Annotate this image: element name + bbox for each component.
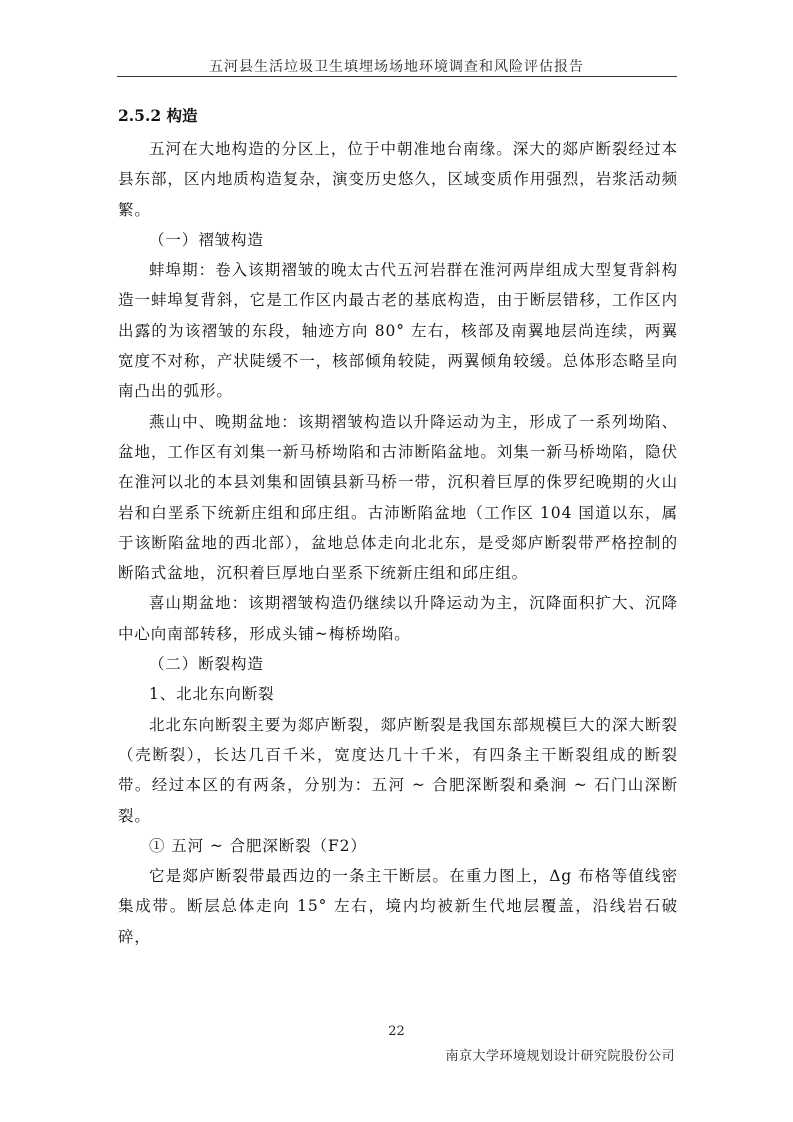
paragraph-intro: 五河在大地构造的分区上，位于中朝准地台南缘。深大的郯庐断裂经过本县东部，区内地质…: [118, 134, 678, 225]
paragraph-himalayan-basin: 喜山期盆地：该期褶皱构造仍继续以升降运动为主，沉降面积扩大、沉降中心向南部转移，…: [118, 588, 678, 649]
running-header-title: 五河县生活垃圾卫生填埋场场地环境调查和风险评估报告: [0, 56, 793, 76]
paragraph-bengbu-period: 蚌埠期：卷入该期褶皱的晚太古代五河岩群在淮河两岸组成大型复背斜构造一蚌埠复背斜，…: [118, 255, 678, 406]
subheading-fold-structures: （一）褶皱构造: [118, 225, 678, 255]
subheading-wuhe-hefei-fault: ① 五河 ~ 合肥深断裂（F2）: [118, 831, 678, 861]
paragraph-yanshan-basin: 燕山中、晚期盆地：该期褶皱构造以升降运动为主，形成了一系列坳陷、盆地，工作区有刘…: [118, 407, 678, 589]
document-body: 2.5.2 构造 五河在大地构造的分区上，位于中朝准地台南缘。深大的郯庐断裂经过…: [118, 98, 678, 952]
footer-organization: 南京大学环境规划设计研究院股份公司: [445, 1045, 675, 1064]
subheading-fault-structures: （二）断裂构造: [118, 649, 678, 679]
subheading-nne-faults: 1、北北东向断裂: [118, 679, 678, 709]
header-divider: [117, 76, 677, 77]
section-heading: 2.5.2 构造: [118, 98, 678, 134]
page-number: 22: [0, 1024, 793, 1039]
paragraph-wuhe-hefei-fault: 它是郯庐断裂带最西边的一条主干断层。在重力图上，Δg 布格等值线密集成带。断层总…: [118, 861, 678, 952]
paragraph-tanlu-fault: 北北东向断裂主要为郯庐断裂，郯庐断裂是我国东部规模巨大的深大断裂（壳断裂），长达…: [118, 710, 678, 831]
